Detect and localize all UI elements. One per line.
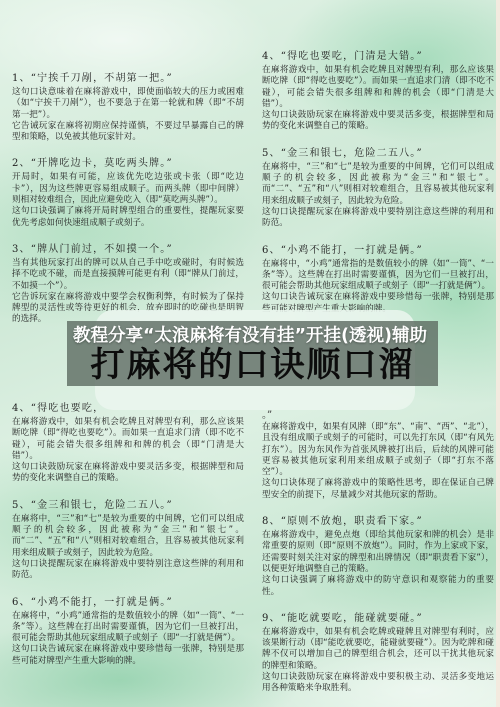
tip-note: 这句口诀鼓励玩家在麻将游戏中要积极主动、灵活多变地运用各种策略来争取胜利。 <box>262 672 494 695</box>
tip-title: 6、“小鸡不能打，一打就是俩。” <box>12 596 244 609</box>
tip-body: 在麻将游戏中，如果有机会吃牌且对牌型有利，那么应该果断吃牌（即“得吃也要吃”）。… <box>262 65 494 110</box>
tips-column-top-left: 1、“宁挨千刀剐，不胡第一把。” 这句口诀意味着在麻将游戏中，即使面临较大的压力… <box>12 72 244 340</box>
tip-body: 在麻将中，“三”和“七”是较为重要的中间牌，它们可以组成顺子的机会较多，因此被称… <box>12 514 244 559</box>
tip-title: 2、“开牌吃边卡，莫吃两头牌。” <box>12 157 244 170</box>
tip-note: 这句口诀强调了麻将游戏中的防守意识和观察能力的重要性。 <box>262 575 494 598</box>
tip-note: 这句口诀告诫玩家在麻将游戏中要珍惜每一张牌，特别是那些可能对牌型产生重大影响的牌… <box>12 644 244 667</box>
tip-item: 6、“小鸡不能打，一打就是俩。” 在麻将中，“小鸡”通常指的是数值较小的牌（如“… <box>12 596 244 667</box>
tip-item: 9、“能吃就要吃，能碰就要碰。” 在麻将游戏中，如果有机会吃牌或碰牌且对牌型有利… <box>262 612 494 695</box>
tip-body: 这句口诀意味着在麻将游戏中，即使面临较大的压力或困难（如“宁挨千刀剐”），也不要… <box>12 87 244 121</box>
tip-note: 这句口诀鼓励玩家在麻将游戏中要灵活多变，根据牌型和局势的变化来调整自己的策略。 <box>262 110 494 133</box>
tip-note: 这句口诀体现了麻将游戏中的策略性思考，即在保证自己牌型安全的前提下，尽量减少对其… <box>262 478 494 501</box>
tip-note: 这句口诀提醒玩家在麻将游戏中要特别注意这些牌的利用和防范。 <box>262 207 494 230</box>
tip-title: 6、“小鸡不能打，一打就是俩。” <box>262 244 494 257</box>
tips-column-bottom-left: 4、“得吃也要吃， 在麻将游戏中，如果有机会吃牌且对牌型有利，那么应该果断吃牌（… <box>12 402 244 681</box>
tip-body: 在麻将中，“小鸡”通常指的是数值较小的牌（如“一筒”、“一条”等）。这些牌在打出… <box>262 259 494 293</box>
tip-body: 在麻将游戏中，如果有机会吃牌或碰牌且对牌型有利时，应该果断行动（即“能吃就要吃，… <box>262 627 494 672</box>
tip-title: 9、“能吃就要吃，能碰就要碰。” <box>262 612 494 625</box>
tip-body: 在麻将游戏中，避免点炮（即给其他玩家和牌的机会）是非常重要的原则（即“原则不放炮… <box>262 530 494 575</box>
tip-item: 4、“得吃也要吃，门清是大错。” 在麻将游戏中，如果有机会吃牌且对牌型有利，那么… <box>262 50 494 133</box>
tip-body: 在麻将游戏中，如果有机会吃牌且对牌型有利，那么应该果断吃牌（即“得吃也要吃”）。… <box>12 417 244 462</box>
tip-note: 它告诫玩家在麻将初期应保持谨慎，不要过早暴露自己的牌型和策略，以免被其他玩家针对… <box>12 121 244 144</box>
tip-title: 1、“宁挨千刀剐，不胡第一把。” <box>12 72 244 85</box>
page-edge <box>496 0 500 707</box>
tip-item: 2、“开牌吃边卡，莫吃两头牌。” 开局时，如果有可能，应该优先吃边张或卡张（即“… <box>12 157 244 228</box>
banner-title: 打麻将的口诀顺口溜 <box>67 345 438 385</box>
tip-item: 5、“金三和银七，危险二五八。” 在麻将中，“三”和“七”是较为重要的中间牌，它… <box>262 147 494 230</box>
tip-body: 在麻将中，“三”和“七”是较为重要的中间牌，它们可以组成顺子的机会较多，因此被称… <box>262 162 494 207</box>
tip-title: 5、“金三和银七，危险二五八。” <box>12 499 244 512</box>
tip-note: 这句口诀提醒玩家在麻将游戏中要特别注意这些牌的利用和防范。 <box>12 559 244 582</box>
tip-item: 在麻将游戏中，如果有风牌（即“东”、“南”、“西”、“北”），且没有组成顺子或刻… <box>262 422 494 501</box>
tip-body: 开局时，如果有可能，应该优先吃边张或卡张（即“吃边卡”），因为这些牌更容易组成顺… <box>12 172 244 206</box>
tip-item: 8、“原则不放炮，职责看下家。” 在麻将游戏中，避免点炮（即给其他玩家和牌的机会… <box>262 515 494 598</box>
tip-body: 当有其他玩家打出的牌可以从自己手中吃或碰时，有时候选择不吃或不碰，而是直接摸牌可… <box>12 258 244 292</box>
tip-note: 这句口诀鼓励玩家在麻将游戏中要灵活多变，根据牌型和局势的变化来调整自己的策略。 <box>12 462 244 485</box>
tips-column-top-right: 4、“得吃也要吃，门清是大错。” 在麻将游戏中，如果有机会吃牌且对牌型有利，那么… <box>262 50 494 329</box>
article-headline: 教程分享“太浪麻将有没有挂”开挂(透视)辅助 <box>60 324 440 348</box>
tip-note: 这句口诀强调了麻将开局时牌型组合的重要性，提醒玩家要优先考虑如何快速组成顺子或刻… <box>12 206 244 229</box>
tip-body: 在麻将游戏中，如果有风牌（即“东”、“南”、“西”、“北”），且没有组成顺子或刻… <box>262 422 494 478</box>
tip-title: 8、“原则不放炮，职责看下家。” <box>262 515 494 528</box>
tip-item: 1、“宁挨千刀剐，不胡第一把。” 这句口诀意味着在麻将游戏中，即使面临较大的压力… <box>12 72 244 143</box>
partial-tip-title: 。” <box>262 406 272 421</box>
tip-title: 3、“牌从门前过，不如摸一个。” <box>12 243 244 256</box>
tip-item: 4、“得吃也要吃， 在麻将游戏中，如果有机会吃牌且对牌型有利，那么应该果断吃牌（… <box>12 402 244 485</box>
tip-item: 6、“小鸡不能打，一打就是俩。” 在麻将中，“小鸡”通常指的是数值较小的牌（如“… <box>262 244 494 315</box>
tip-title: 5、“金三和银七，危险二五八。” <box>262 147 494 160</box>
tip-title: 4、“得吃也要吃，门清是大错。” <box>262 50 494 63</box>
tip-body: 在麻将中，“小鸡”通常指的是数值较小的牌（如“一筒”、“一条”等）。这些牌在打出… <box>12 611 244 645</box>
tip-item: 5、“金三和银七，危险二五八。” 在麻将中，“三”和“七”是较为重要的中间牌，它… <box>12 499 244 582</box>
tips-column-bottom-right: 在麻将游戏中，如果有风牌（即“东”、“南”、“西”、“北”），且没有组成顺子或刻… <box>262 422 494 707</box>
